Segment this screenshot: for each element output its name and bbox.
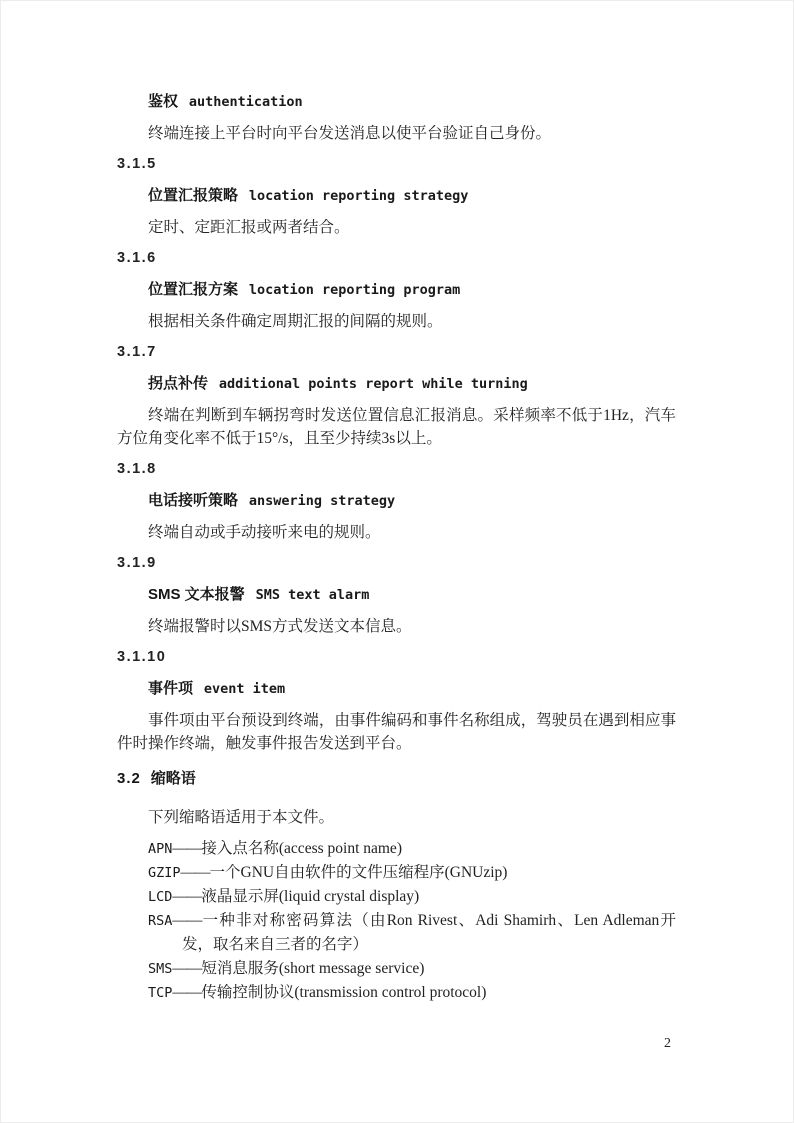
page-content: 鉴权 authentication 终端连接上平台时向平台发送消息以使平台验证自… bbox=[0, 0, 794, 1005]
page-number: 2 bbox=[664, 1036, 671, 1052]
definition-text: 终端在判断到车辆拐弯时发送位置信息汇报消息。采样频率不低于1Hz，汽车方位角变化… bbox=[117, 404, 676, 450]
term-en: additional points report while turning bbox=[219, 376, 528, 392]
abbreviation-item: LCD——液晶显示屏(liquid crystal display) bbox=[148, 885, 676, 909]
definition-text: 根据相关条件确定周期汇报的间隔的规则。 bbox=[117, 310, 676, 333]
term-zh: 拐点补传 bbox=[148, 375, 208, 392]
clause-number: 3.1.8 bbox=[117, 458, 676, 481]
abbreviation-code: SMS bbox=[148, 961, 172, 977]
definition-text: 终端自动或手动接听来电的规则。 bbox=[117, 521, 676, 544]
term-entry: 电话接听策略 answering strategy bbox=[148, 489, 676, 513]
abbreviation-dash: —— bbox=[172, 960, 201, 977]
term-en: location reporting program bbox=[249, 282, 460, 298]
term-zh: 位置汇报策略 bbox=[148, 187, 238, 204]
abbreviation-dash: —— bbox=[172, 888, 201, 905]
abbreviation-definition: 一个GNU自由软件的文件压缩程序(GNUzip) bbox=[210, 864, 508, 881]
abbreviation-code: TCP bbox=[148, 985, 172, 1001]
definition-text: 终端连接上平台时向平台发送消息以使平台验证自己身份。 bbox=[117, 122, 676, 145]
clause-number: 3.1.7 bbox=[117, 341, 676, 364]
term-entry: 位置汇报方案 location reporting program bbox=[148, 278, 676, 302]
term-zh: 鉴权 bbox=[148, 93, 178, 110]
definition-text: 定时、定距汇报或两者结合。 bbox=[117, 216, 676, 239]
term-zh: 事件项 bbox=[148, 680, 193, 697]
clause-number: 3.1.5 bbox=[117, 153, 676, 176]
abbreviation-definition: 液晶显示屏(liquid crystal display) bbox=[201, 888, 419, 905]
abbreviation-dash: —— bbox=[172, 840, 201, 857]
term-en: location reporting strategy bbox=[249, 188, 468, 204]
section-title: 缩略语 bbox=[151, 770, 196, 787]
term-entry: 事件项 event item bbox=[148, 677, 676, 701]
abbreviations-intro: 下列缩略语适用于本文件。 bbox=[117, 806, 676, 829]
abbreviation-item: APN——接入点名称(access point name) bbox=[148, 837, 676, 861]
term-zh: 位置汇报方案 bbox=[148, 281, 238, 298]
abbreviation-item: SMS——短消息服务(short message service) bbox=[148, 957, 676, 981]
section-heading: 3.2 缩略语 bbox=[117, 767, 676, 790]
term-en: SMS text alarm bbox=[256, 587, 370, 603]
definition-text: 事件项由平台预设到终端，由事件编码和事件名称组成，驾驶员在遇到相应事件时操作终端… bbox=[117, 709, 676, 755]
term-en: event item bbox=[204, 681, 285, 697]
section-number: 3.2 bbox=[117, 770, 141, 787]
abbreviation-code: APN bbox=[148, 841, 172, 857]
document-page: 鉴权 authentication 终端连接上平台时向平台发送消息以使平台验证自… bbox=[0, 0, 794, 1123]
term-entry: 鉴权 authentication bbox=[148, 90, 676, 114]
term-entry: SMS 文本报警 SMS text alarm bbox=[148, 583, 676, 607]
abbreviation-code: RSA bbox=[148, 913, 172, 929]
clause-number: 3.1.10 bbox=[117, 646, 676, 669]
term-zh: 电话接听策略 bbox=[148, 492, 238, 509]
clause-number: 3.1.6 bbox=[117, 247, 676, 270]
term-entry: 拐点补传 additional points report while turn… bbox=[148, 372, 676, 396]
abbreviation-definition: 传输控制协议(transmission control protocol) bbox=[201, 984, 486, 1001]
definition-text: 终端报警时以SMS方式发送文本信息。 bbox=[117, 615, 676, 638]
abbreviation-dash: —— bbox=[181, 864, 210, 881]
abbreviation-item: TCP——传输控制协议(transmission control protoco… bbox=[148, 981, 676, 1005]
clause-number: 3.1.9 bbox=[117, 552, 676, 575]
term-en: answering strategy bbox=[249, 493, 395, 509]
abbreviation-definition: 一种非对称密码算法（由Ron Rivest、Adi Shamirh、Len Ad… bbox=[182, 912, 676, 953]
abbreviation-dash: —— bbox=[172, 912, 201, 929]
abbreviation-definition: 短消息服务(short message service) bbox=[201, 960, 424, 977]
abbreviation-code: GZIP bbox=[148, 865, 181, 881]
abbreviation-item: GZIP——一个GNU自由软件的文件压缩程序(GNUzip) bbox=[148, 861, 676, 885]
term-en: authentication bbox=[189, 94, 303, 110]
abbreviation-definition: 接入点名称(access point name) bbox=[201, 840, 402, 857]
term-entry: 位置汇报策略 location reporting strategy bbox=[148, 184, 676, 208]
abbreviation-item: RSA——一种非对称密码算法（由Ron Rivest、Adi Shamirh、L… bbox=[148, 909, 676, 957]
term-zh: SMS 文本报警 bbox=[148, 586, 245, 603]
abbreviation-code: LCD bbox=[148, 889, 172, 905]
abbreviation-dash: —— bbox=[172, 984, 201, 1001]
abbreviation-list: APN——接入点名称(access point name) GZIP——一个GN… bbox=[148, 837, 676, 1005]
